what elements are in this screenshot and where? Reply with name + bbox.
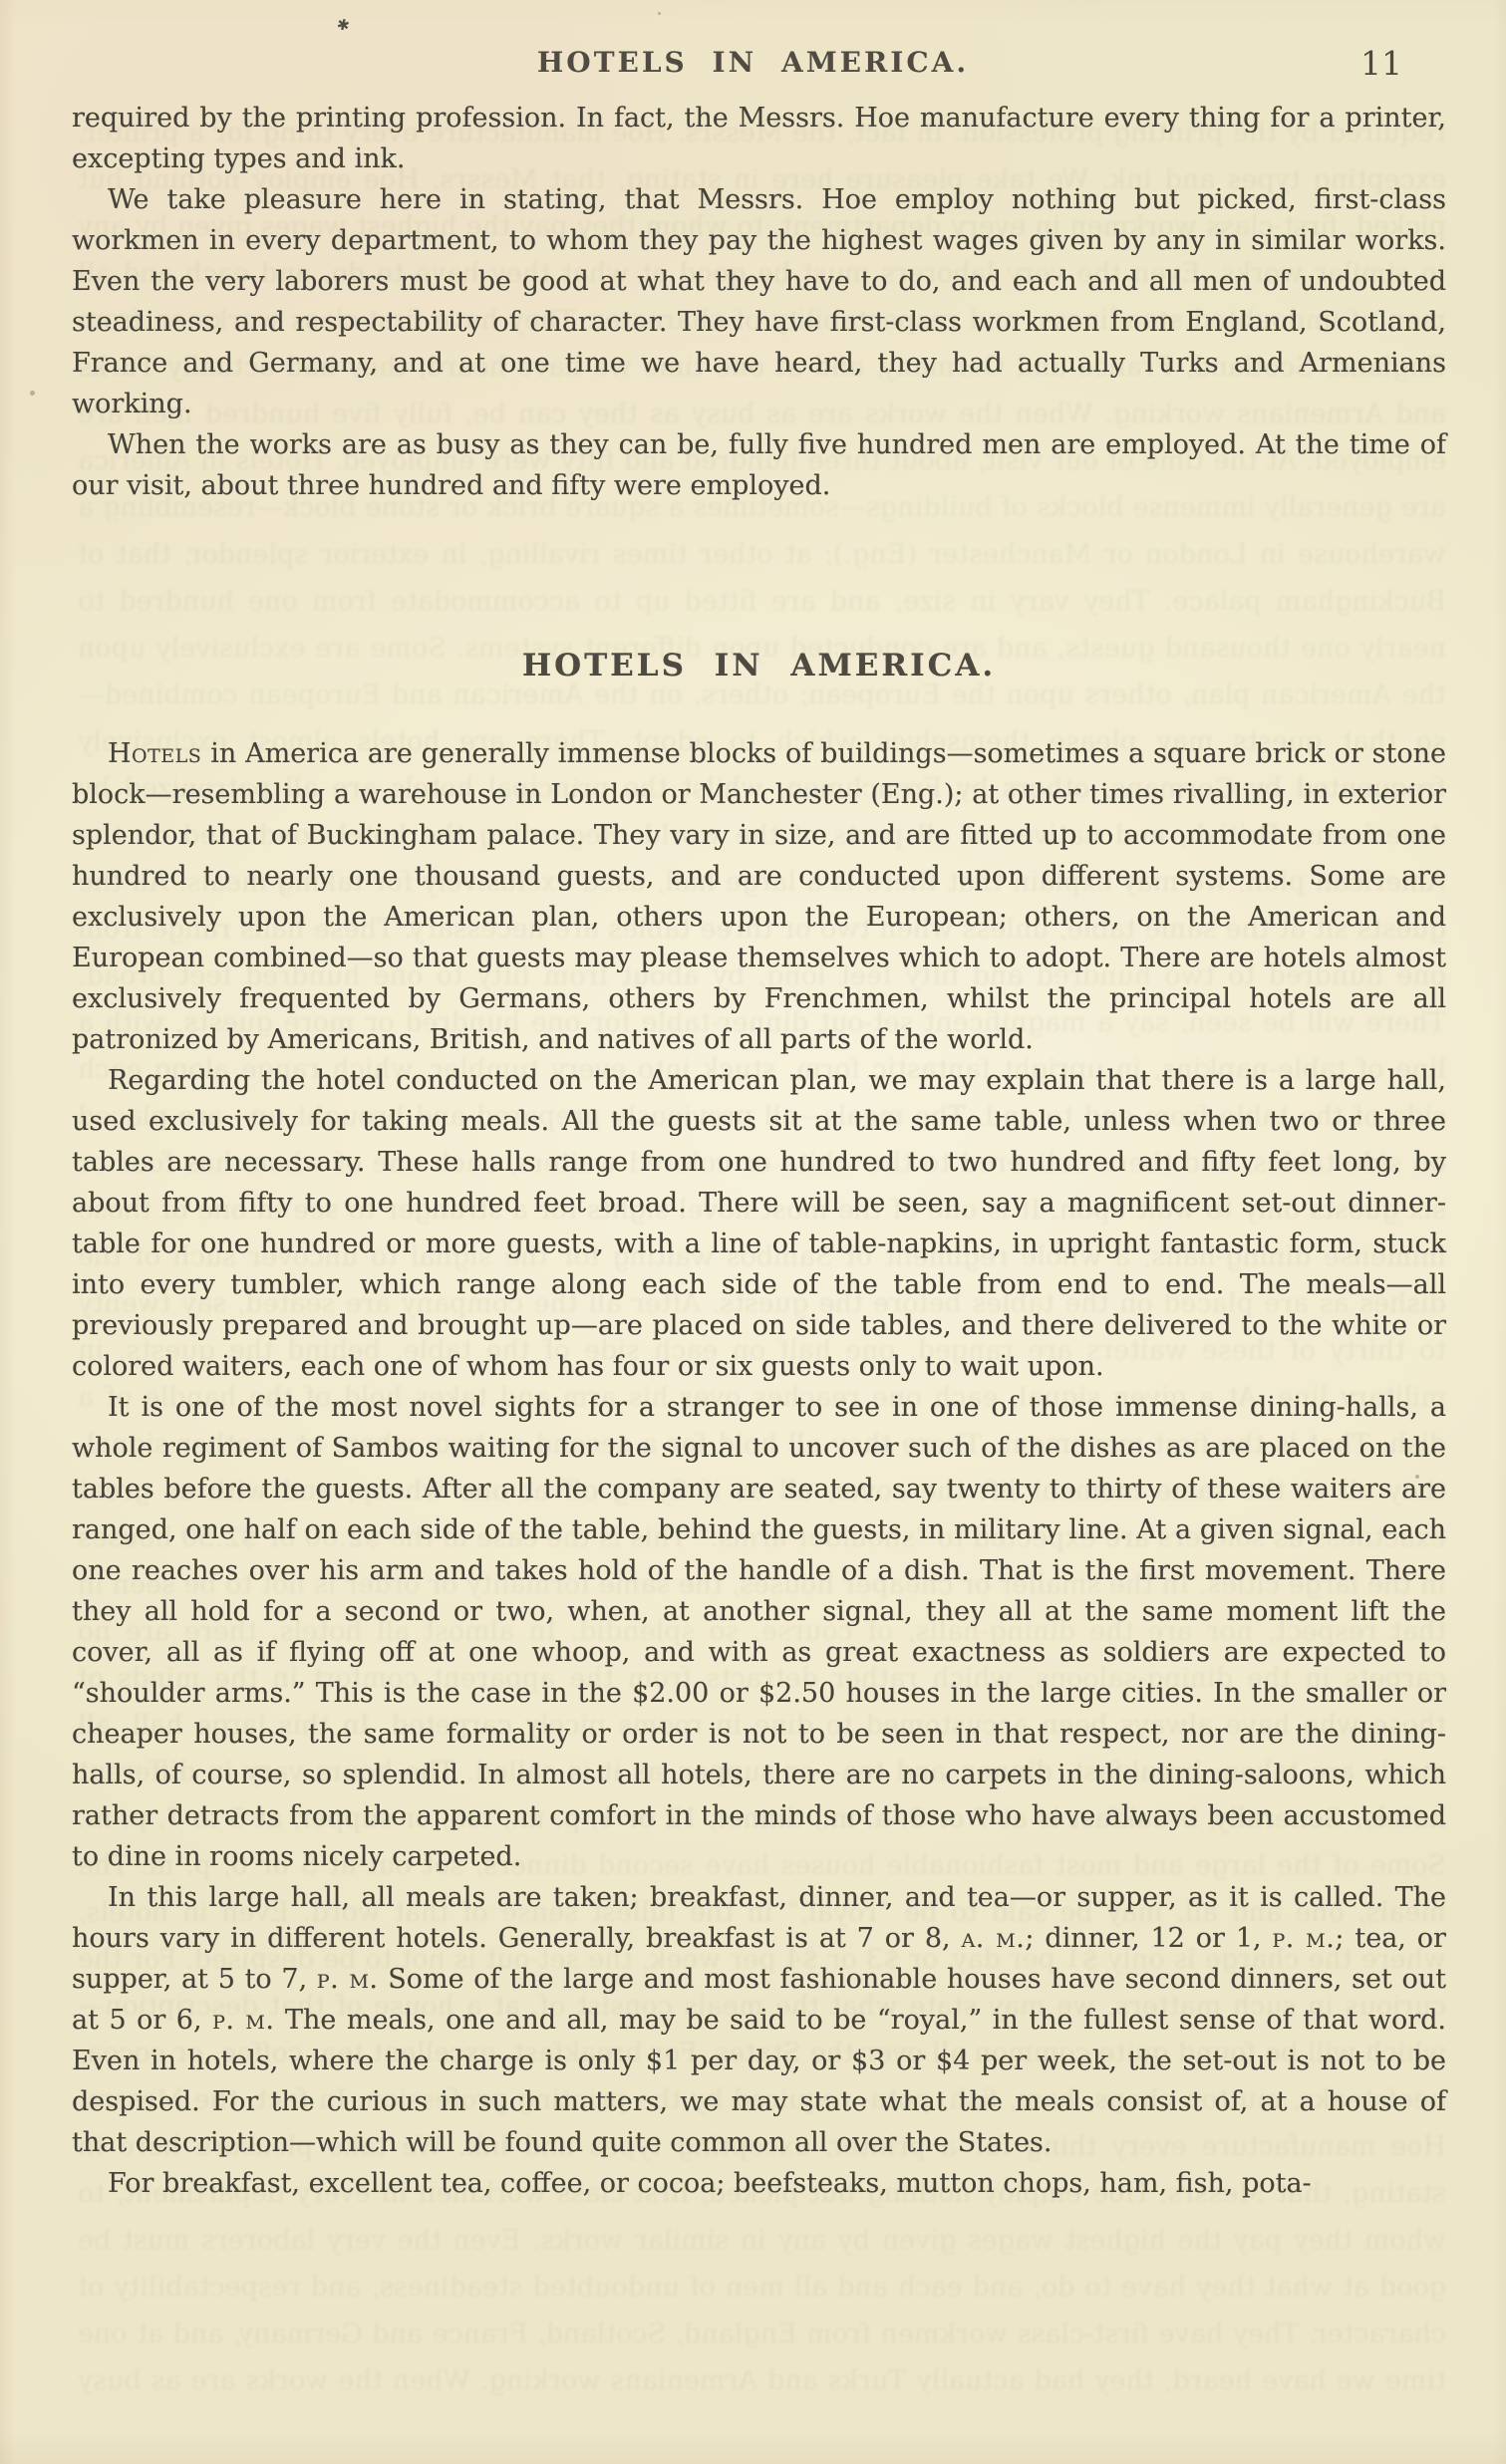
body-text: in America are generally immense blocks … [72, 738, 1446, 1055]
running-header-title: HOTELS IN AMERICA. [0, 46, 1506, 79]
body-text: ; dinner, 12 or 1, [1025, 1923, 1272, 1954]
body-text: We take pleasure here in stating, that M… [72, 184, 1446, 419]
paragraph: required by the printing profession. In … [72, 98, 1446, 179]
body-text: For breakfast, excellent tea, coffee, or… [108, 2168, 1312, 2199]
section-heading: HOTELS IN AMERICA. [72, 648, 1446, 684]
body-text: It is one of the most novel sights for a… [72, 1392, 1446, 1872]
small-caps-text: Hotels [108, 738, 201, 769]
body-text: Regarding the hotel conducted on the Ame… [72, 1065, 1446, 1382]
paragraph: We take pleasure here in stating, that M… [72, 179, 1446, 424]
small-caps-text: p. m. [212, 2005, 274, 2036]
body-text: required by the printing profession. In … [72, 103, 1446, 174]
body-text: When the works are as busy as they can b… [72, 429, 1446, 501]
small-caps-text: a. m. [962, 1923, 1026, 1954]
paragraph: In this large hall, all meals are taken;… [72, 1877, 1446, 2163]
paragraph: When the works are as busy as they can b… [72, 424, 1446, 506]
paragraph: For breakfast, excellent tea, coffee, or… [72, 2163, 1446, 2204]
page-number: 11 [1360, 44, 1402, 83]
page-body: required by the printing profession. In … [72, 98, 1446, 2204]
small-caps-text: p. m. [317, 1964, 379, 1995]
body-text: The meals, one and all, may be said to b… [72, 2005, 1446, 2158]
paragraph: Hotels in America are generally immense … [72, 733, 1446, 1060]
small-caps-text: p. m. [1273, 1923, 1336, 1954]
book-page: required by the printing profession. In … [0, 0, 1506, 2464]
running-header: HOTELS IN AMERICA. 11 [0, 0, 1506, 86]
paragraph: It is one of the most novel sights for a… [72, 1387, 1446, 1877]
scan-speck [30, 391, 35, 396]
paragraph: Regarding the hotel conducted on the Ame… [72, 1060, 1446, 1387]
